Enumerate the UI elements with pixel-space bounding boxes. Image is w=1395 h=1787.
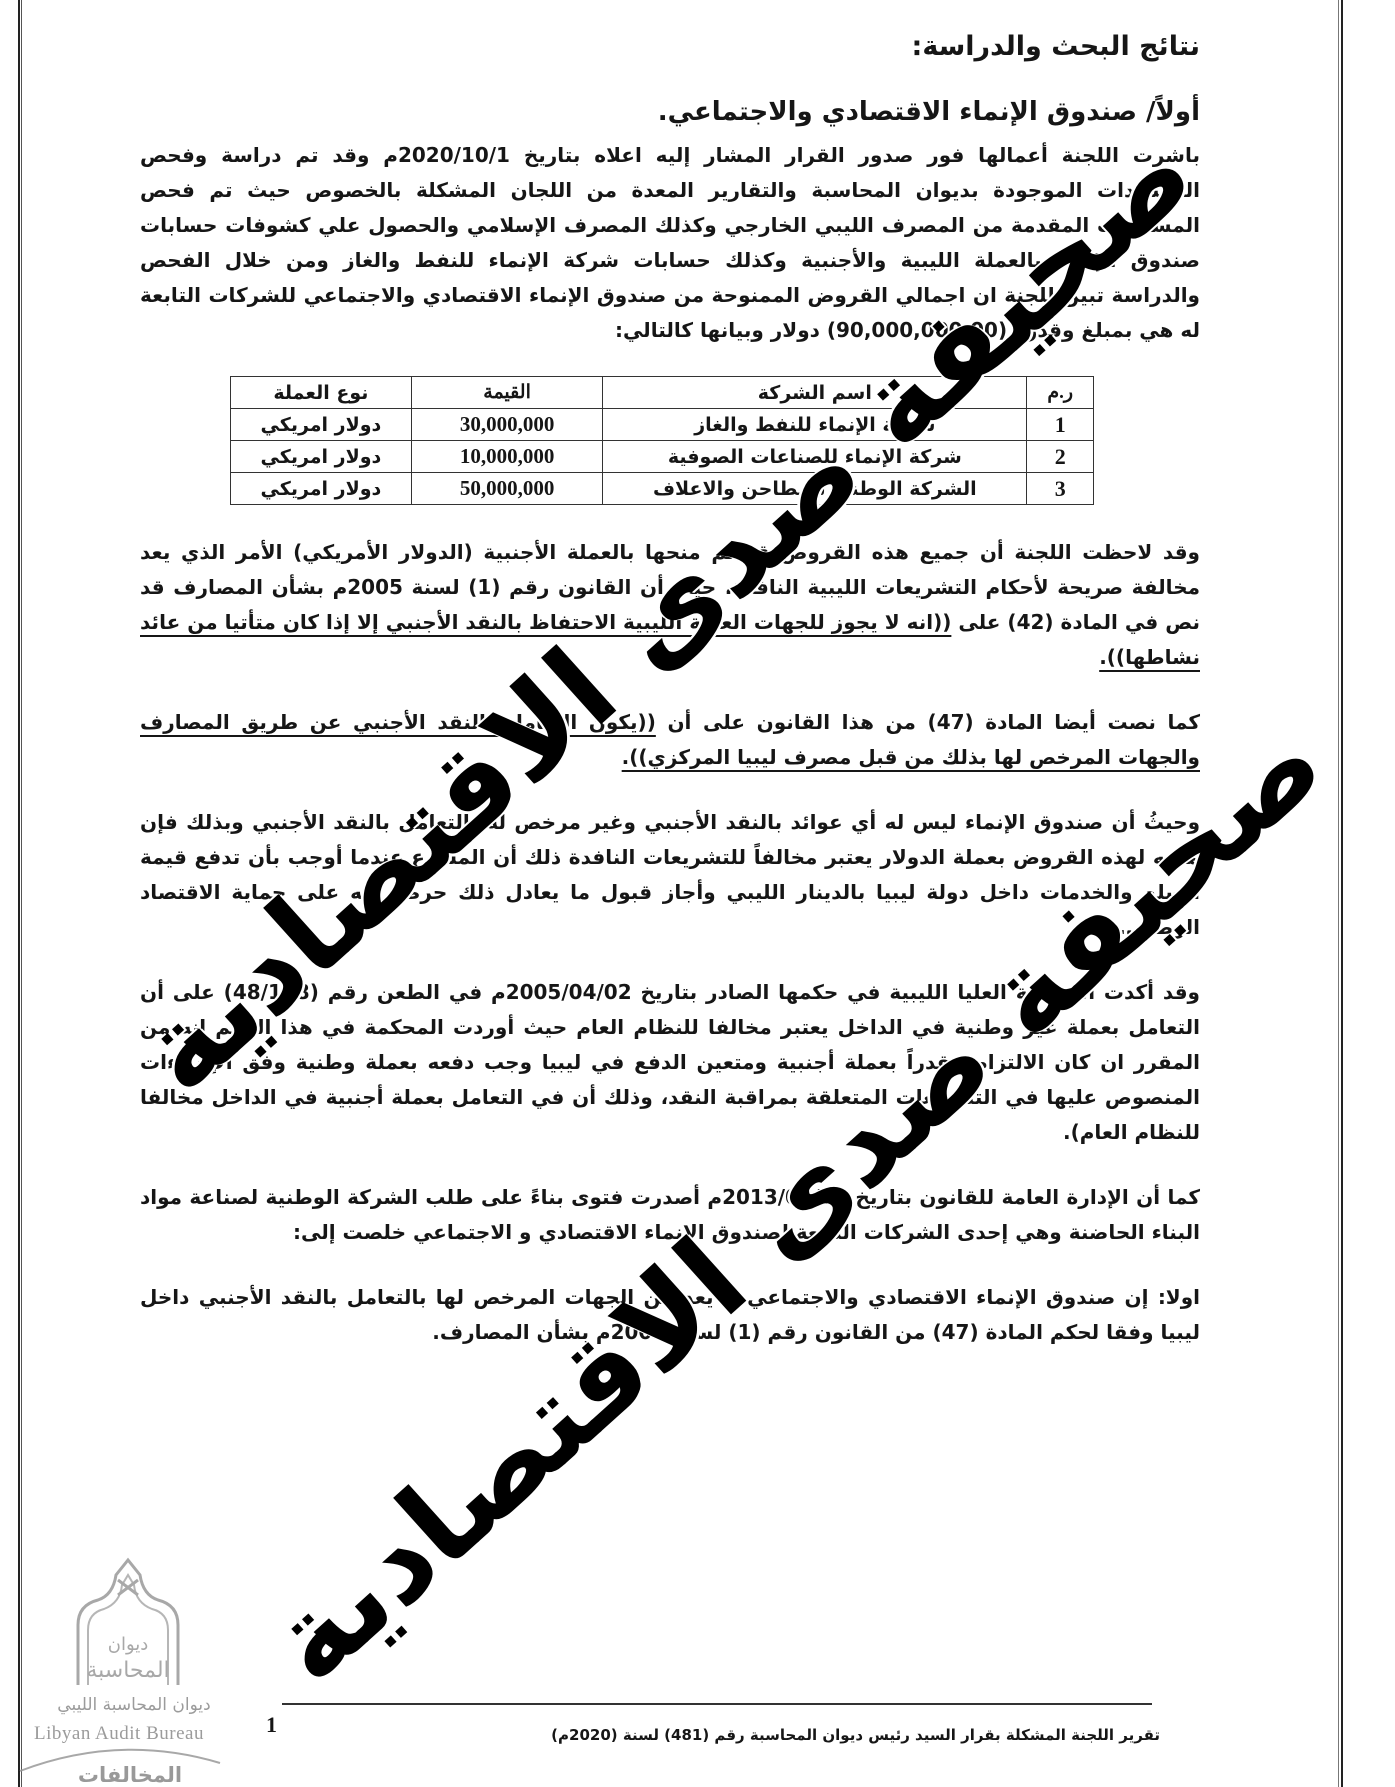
paragraph-fund-violation: وحيثُ أن صندوق الإنماء ليس له أي عوائد ب… xyxy=(140,805,1200,945)
page-number: 1 xyxy=(266,1712,277,1738)
header-value: القيمة xyxy=(411,377,602,409)
cell-no: 3 xyxy=(1027,473,1094,505)
loans-table: ر.م اسم الشركة القيمة نوع العملة 1 شركة … xyxy=(230,376,1094,505)
cell-no: 1 xyxy=(1027,409,1094,441)
header-company: اسم الشركة xyxy=(603,377,1027,409)
cell-value: 10,000,000 xyxy=(411,441,602,473)
paragraph-lead: اولا: xyxy=(1158,1285,1200,1309)
audit-bureau-logo-icon: ديوان المحاسبة xyxy=(58,1555,198,1695)
header-no: ر.م xyxy=(1027,377,1094,409)
paragraph-intro: باشرت اللجنة أعمالها فور صدور القرار الم… xyxy=(140,138,1200,348)
footer-divider xyxy=(282,1703,1152,1705)
paragraph-text: نصت أيضا المادة (47) من هذا القانون على … xyxy=(656,710,1168,734)
paragraph-lead: كما xyxy=(1167,1185,1200,1209)
paragraph-lead: وحيثُ xyxy=(1144,810,1200,834)
document-body: نتائج البحث والدراسة: أولاً/ صندوق الإنم… xyxy=(140,18,1200,1350)
table-row: 2 شركة الإنماء للصناعات الصوفية 10,000,0… xyxy=(231,441,1094,473)
paragraph-first-conclusion: اولا: إن صندوق الإنماء الاقتصادي والاجتم… xyxy=(140,1280,1200,1350)
cell-currency: دولار امريكي xyxy=(231,409,412,441)
audit-bureau-stamp: ديوان المحاسبة ديوان المحاسبة الليبي Lib… xyxy=(10,1555,235,1787)
document-page: نتائج البحث والدراسة: أولاً/ صندوق الإنم… xyxy=(0,0,1395,1787)
section-heading: أولاً/ صندوق الإنماء الاقتصادي والاجتماع… xyxy=(140,86,1200,138)
footer-text: تقرير اللجنة المشكلة بقرار السيد رئيس دي… xyxy=(500,1726,1160,1744)
header-currency: نوع العملة xyxy=(231,377,412,409)
cell-value: 30,000,000 xyxy=(411,409,602,441)
paragraph-text: أن الإدارة العامة للقانون بتاريخ 2013/09… xyxy=(140,1185,1200,1244)
cell-company: شركة الإنماء للنفط والغاز xyxy=(603,409,1027,441)
page-border-left xyxy=(18,0,22,1787)
table-row: 1 شركة الإنماء للنفط والغاز 30,000,000 د… xyxy=(231,409,1094,441)
paragraph-supreme-court: وقد أكدت المحكمة العليا الليبية في حكمها… xyxy=(140,975,1200,1150)
cell-no: 2 xyxy=(1027,441,1094,473)
stamp-department: المخالفات xyxy=(50,1763,210,1787)
paragraph-legal-opinion: كما أن الإدارة العامة للقانون بتاريخ 201… xyxy=(140,1180,1200,1250)
stamp-english-name: Libyan Audit Bureau xyxy=(14,1723,224,1745)
svg-text:ديوان: ديوان xyxy=(108,1634,149,1655)
paragraph-article-47: كما نصت أيضا المادة (47) من هذا القانون … xyxy=(140,705,1200,775)
paragraph-lead: كما xyxy=(1167,710,1200,734)
paragraph-text: أن صندوق الإنماء ليس له أي عوائد بالنقد … xyxy=(140,810,1200,939)
paragraph-text: إن صندوق الإنماء الاقتصادي والاجتماعي لا… xyxy=(140,1285,1200,1344)
table-header-row: ر.م اسم الشركة القيمة نوع العملة xyxy=(231,377,1094,409)
paragraph-lead: وقد xyxy=(1163,540,1200,564)
paragraph-text: أكدت المحكمة العليا الليبية في حكمها الص… xyxy=(140,980,1200,1144)
cell-currency: دولار امريكي xyxy=(231,441,412,473)
table-row: 3 الشركة الوطنية للمطاحن والاعلاف 50,000… xyxy=(231,473,1094,505)
page-border-right xyxy=(1338,0,1343,1787)
svg-text:المحاسبة: المحاسبة xyxy=(86,1658,169,1683)
cell-currency: دولار امريكي xyxy=(231,473,412,505)
stamp-arabic-name: ديوان المحاسبة الليبي xyxy=(34,1695,234,1715)
document-title: نتائج البحث والدراسة: xyxy=(140,18,1200,76)
cell-value: 50,000,000 xyxy=(411,473,602,505)
cell-company: شركة الإنماء للصناعات الصوفية xyxy=(603,441,1027,473)
paragraph-observation: وقد لاحظت اللجنة أن جميع هذه القروض قد ت… xyxy=(140,535,1200,675)
paragraph-lead: وقد xyxy=(1163,980,1200,1004)
cell-company: الشركة الوطنية للمطاحن والاعلاف xyxy=(603,473,1027,505)
